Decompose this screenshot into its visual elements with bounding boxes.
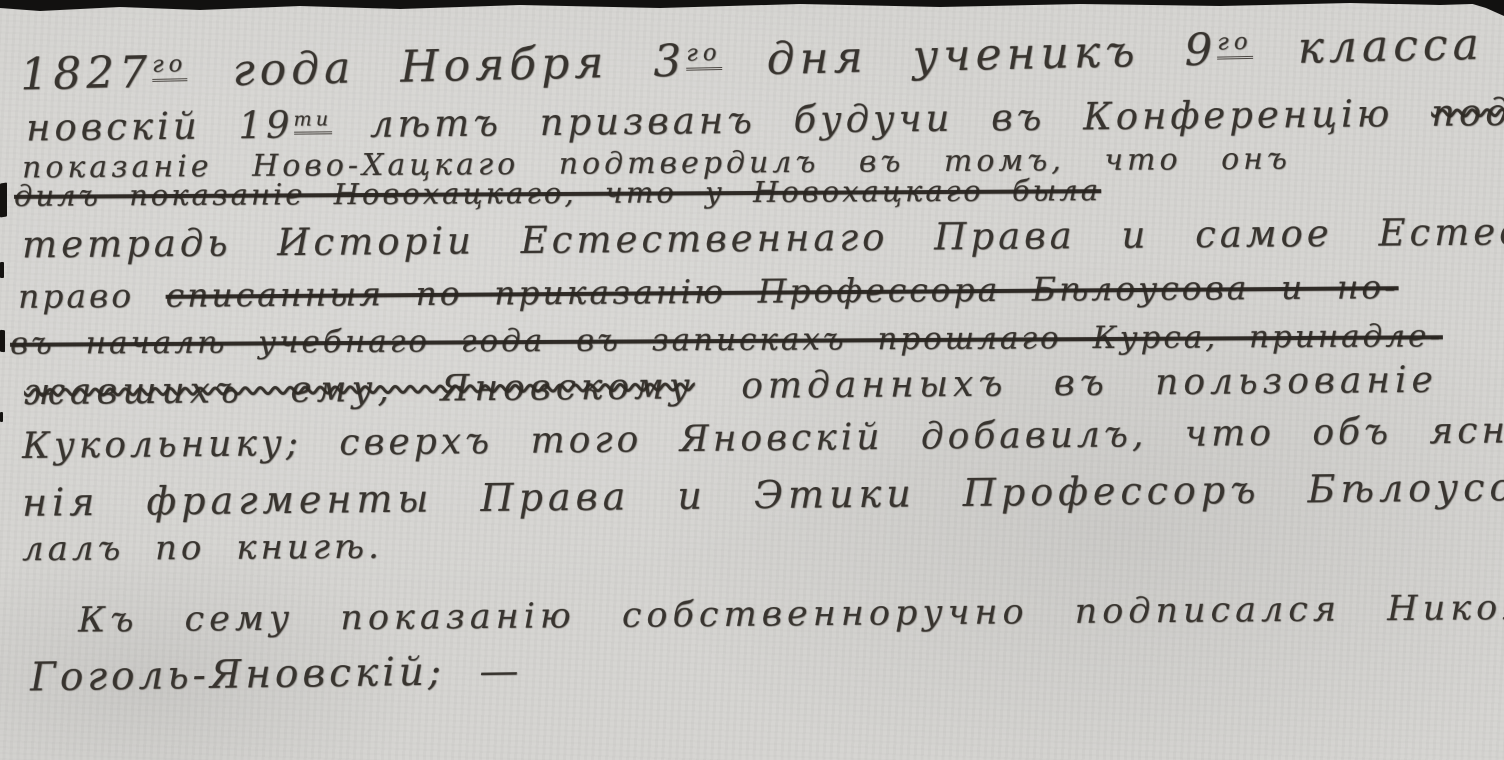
scan-edge-top-artifact xyxy=(0,0,1504,18)
handwriting-line-9: Кукольнику; сверхъ того Яновскій добавил… xyxy=(22,410,1504,467)
handwritten-text-segment: дня ученикъ 9 xyxy=(721,25,1218,86)
handwritten-text-segment: Къ сему показанію собственноручно подпис… xyxy=(78,587,1504,640)
handwriting-line-5: тетрадь Исторіи Естественнаго Права и са… xyxy=(22,209,1504,267)
struck-text-segment: жавшихъ ему, Яновскому xyxy=(24,366,695,413)
superscript-ordinal: ти xyxy=(293,107,332,134)
handwritten-text-segment: право xyxy=(18,276,166,316)
handwriting-line-12: Къ сему показанію собственноручно подпис… xyxy=(78,587,1504,640)
handwritten-text-segment: класса Николай Я— xyxy=(1252,10,1504,75)
handwriting-line-10: нія фрагменты Права и Этики Профессоръ Б… xyxy=(22,463,1504,525)
superscript-ordinal: го xyxy=(1217,29,1253,60)
handwriting-line-6: право списанныя по приказанію Профессора… xyxy=(18,267,1399,316)
handwritten-text-segment: отданныхъ въ пользованіе xyxy=(695,360,1438,407)
handwriting-line-2: новскій 19ти лѣтъ призванъ будучи въ Кон… xyxy=(26,90,1504,150)
scan-edge-speck xyxy=(0,330,5,353)
handwritten-text-segment: тетрадь Исторіи Естественнаго Права и са… xyxy=(22,209,1504,267)
handwriting-line-11: лалъ по книгѣ. xyxy=(22,527,383,570)
struck-text-segment: подтвер- xyxy=(1431,90,1504,135)
handwritten-text-segment: нія фрагменты Права и Этики Профессоръ Б… xyxy=(22,463,1504,525)
handwritten-text-segment: года Ноября 3 xyxy=(187,36,687,97)
scan-edge-speck xyxy=(0,262,4,278)
handwritten-text-segment: лалъ по книгѣ. xyxy=(22,527,383,570)
handwritten-text-segment: Гоголь-Яновскій; — xyxy=(30,649,523,701)
superscript-ordinal: го xyxy=(686,40,722,71)
scan-edge-speck xyxy=(0,183,7,218)
struck-text-segment: дилъ показаніе Новохацкаго, что у Новоха… xyxy=(14,173,1101,213)
handwritten-text-segment: 1827 xyxy=(20,47,153,101)
struck-text-segment: въ началѣ учебнаго года въ запискахъ про… xyxy=(10,318,1443,362)
superscript-ordinal: го xyxy=(152,51,188,82)
handwriting-line-7: въ началѣ учебнаго года въ запискахъ про… xyxy=(10,318,1443,362)
handwriting-line-13: Гоголь-Яновскій; — xyxy=(30,649,523,701)
struck-text-segment: списанныя по приказанію Профессора Бѣлоу… xyxy=(166,267,1399,315)
handwritten-text-segment: лѣтъ призванъ будучи въ Конференцію xyxy=(332,92,1431,147)
handwriting-line-8: жавшихъ ему, Яновскому отданныхъ въ поль… xyxy=(24,360,1438,413)
handwritten-text-segment: новскій 19 xyxy=(26,104,294,150)
handwriting-line-1: 1827го года Ноября 3го дня ученикъ 9го к… xyxy=(20,10,1504,100)
handwritten-text-segment: Кукольнику; сверхъ того Яновскій добавил… xyxy=(22,410,1504,467)
manuscript-scan-page: 1827го года Ноября 3го дня ученикъ 9го к… xyxy=(0,0,1504,760)
handwriting-line-4: дилъ показаніе Новохацкаго, что у Новоха… xyxy=(14,173,1101,213)
scan-edge-speck xyxy=(0,412,3,422)
scan-corner-artifact xyxy=(1456,0,1504,20)
